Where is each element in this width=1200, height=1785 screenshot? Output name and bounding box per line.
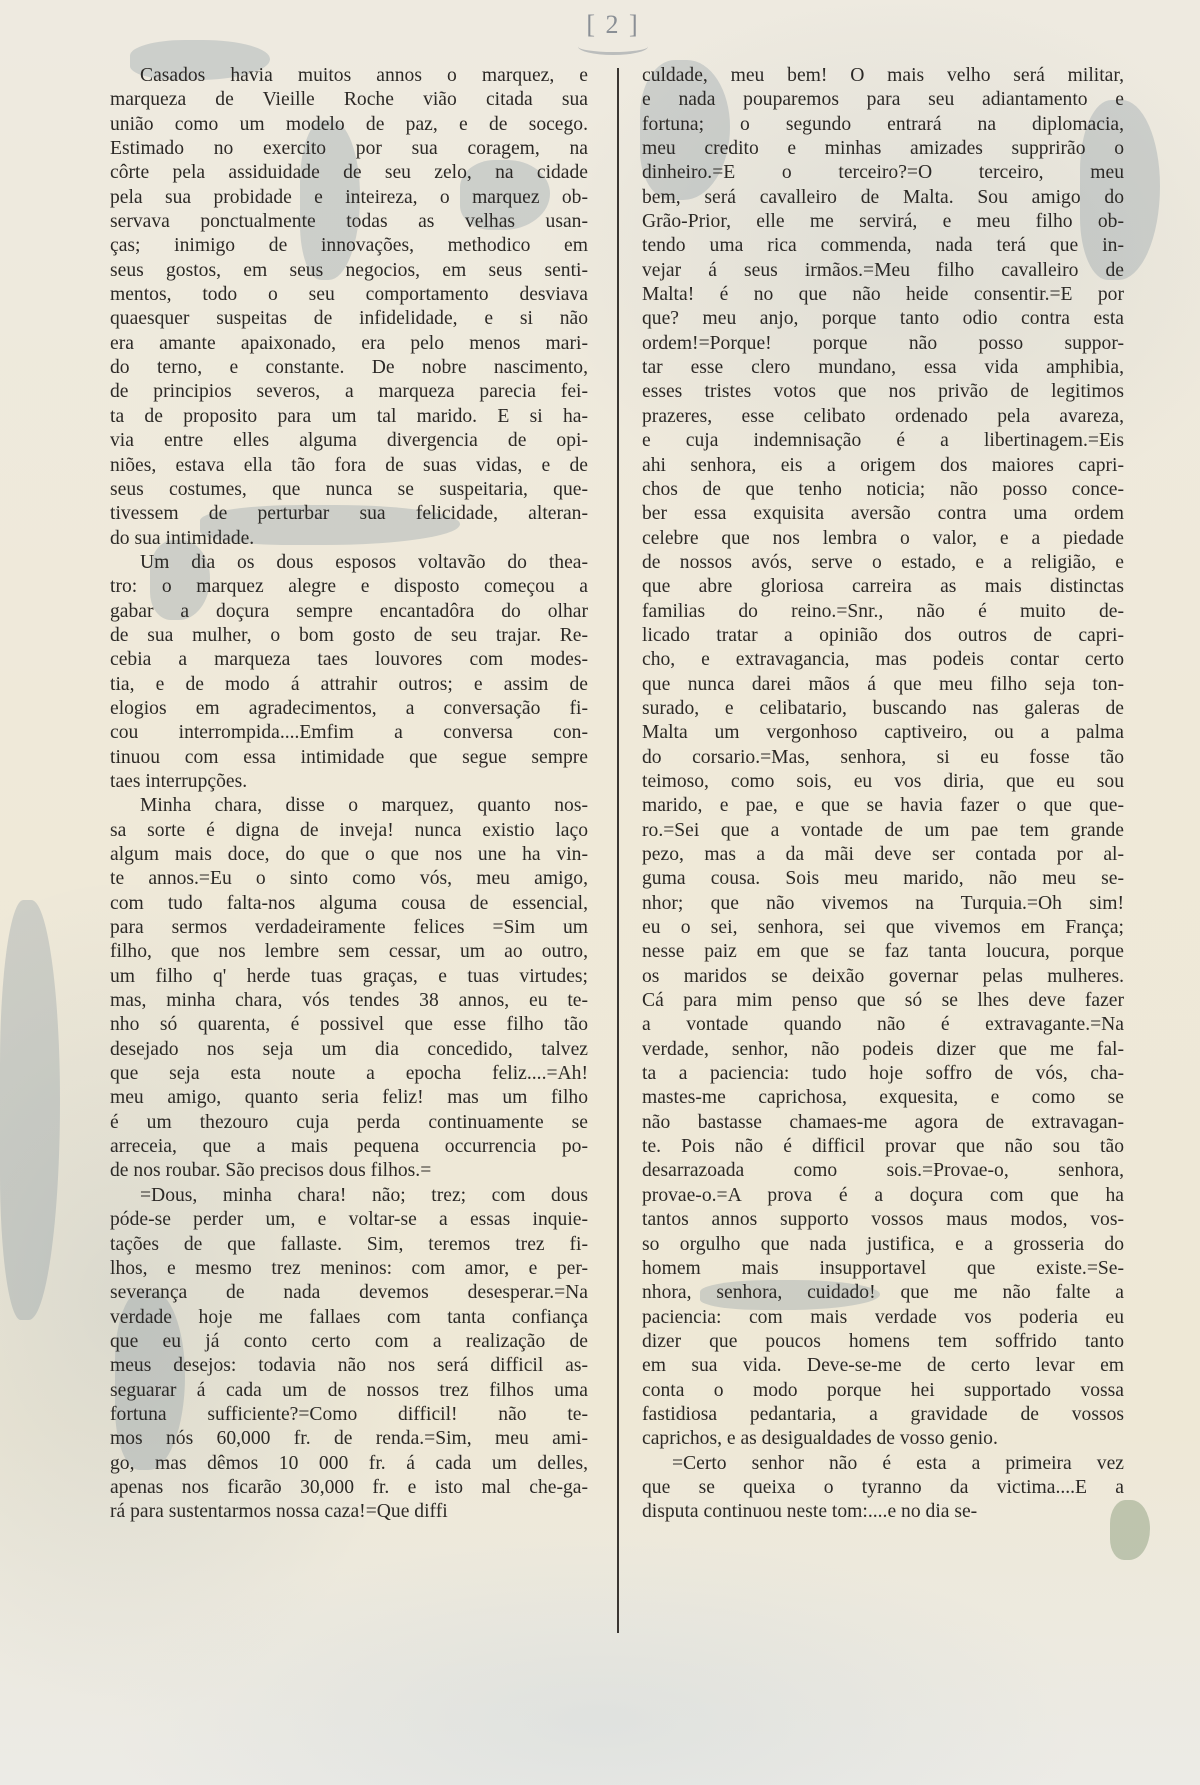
text-line: côrte pela assiduidade de seu zelo, na c… <box>110 161 588 185</box>
text-line: ta de proposito para um tal marido. E si… <box>110 405 588 429</box>
text-line: não bastasse chamaes-me agora de extrava… <box>642 1111 1124 1135</box>
text-line: que? meu anjo, porque tanto odio contra … <box>642 307 1124 331</box>
text-line: so orgulho que nada justifica, e a gross… <box>642 1233 1124 1257</box>
text-line: gabar a doçura sempre encantadôra do olh… <box>110 600 588 624</box>
text-line: surado, e celibatario, buscando nas gale… <box>642 697 1124 721</box>
text-line: tações de que fallaste. Sim, teremos tre… <box>110 1233 588 1257</box>
text-line: tivessem de perturbar sua felicidade, al… <box>110 502 588 526</box>
text-line: ro.=Sei que a vontade de um pae tem gran… <box>642 819 1124 843</box>
text-line: é um thezouro cuja perda continuamente s… <box>110 1111 588 1135</box>
text-line: mos nós 60,000 fr. de renda.=Sim, meu am… <box>110 1427 588 1451</box>
text-line: mastes-me caprichosa, exquesita, e como … <box>642 1086 1124 1110</box>
text-line: servava ponctualmente todas as velhas us… <box>110 210 588 234</box>
text-line: algum mais doce, do que o que nos une ha… <box>110 843 588 867</box>
text-line: que nunca darei mãos á que meu filho sej… <box>642 673 1124 697</box>
text-line: severança de nada devemos desesperar.=Na <box>110 1281 588 1305</box>
text-line: celebre que nos lembra o valor, e a pied… <box>642 527 1124 551</box>
text-line: que eu já conto certo com a realização d… <box>110 1330 588 1354</box>
text-line: fortuna sufficiente?=Como difficil! não … <box>110 1403 588 1427</box>
text-line: verdade, senhor, não podeis dizer que me… <box>642 1038 1124 1062</box>
text-line: disputa continuou neste tom:....e no dia… <box>642 1500 1124 1524</box>
text-line: lhos, e mesmo trez meninos: com amor, e … <box>110 1257 588 1281</box>
column-divider <box>617 68 619 1633</box>
text-line: meus desejos: todavia não nos será diffi… <box>110 1354 588 1378</box>
text-line: nho só quarenta, é possivel que esse fil… <box>110 1013 588 1037</box>
text-line: licado tratar a opinião dos outros de ca… <box>642 624 1124 648</box>
text-line: ças; inimigo de innovações, methodico em <box>110 234 588 258</box>
text-line: eu o sei, senhora, sei que vivemos em Fr… <box>642 916 1124 940</box>
text-line: tantos annos supporto vossos maus modos,… <box>642 1208 1124 1232</box>
text-line: via entre elles alguma divergencia de op… <box>110 429 588 453</box>
text-line: fortuna; o segundo entrará na diplomacia… <box>642 113 1124 137</box>
text-line: nesse paiz em que se faz tanta loucura, … <box>642 940 1124 964</box>
newspaper-page: [ 2 ] Casados havia muitos annos o marqu… <box>0 0 1200 1785</box>
text-line: Um dia os dous esposos voltavão do thea- <box>110 551 588 575</box>
text-line: póde-se perder um, e voltar-se a essas i… <box>110 1208 588 1232</box>
text-line: e cuja indemnisação é a libertinagem.=Ei… <box>642 429 1124 453</box>
text-line: rá para sustentarmos nossa caza!=Que dif… <box>110 1500 588 1524</box>
text-line: apenas nos ficarão 30,000 fr. e isto mal… <box>110 1476 588 1500</box>
text-line: um filho q' herde tuas graças, e tuas vi… <box>110 965 588 989</box>
text-line: ber essa exquisita aversão contra uma or… <box>642 502 1124 526</box>
text-line: mas, minha chara, vós tendes 38 annos, e… <box>110 989 588 1013</box>
text-line: Grão-Prior, elle me servirá, e meu filho… <box>642 210 1124 234</box>
text-line: dinheiro.=E o terceiro?=O terceiro, meu <box>642 161 1124 185</box>
text-line: sa sorte é digna de inveja! nunca existi… <box>110 819 588 843</box>
text-line: filho, que nos lembre sem cessar, um ao … <box>110 940 588 964</box>
right-column: culdade, meu bem! O mais velho será mili… <box>642 64 1124 1525</box>
text-line: meu amigo, quanto seria feliz! mas um fi… <box>110 1086 588 1110</box>
text-line: vejar á seus irmãos.=Meu filho cavalleir… <box>642 259 1124 283</box>
text-line: chos de que tenho noticia; não posso con… <box>642 478 1124 502</box>
text-line: paciencia: com mais verdade vos poderia … <box>642 1306 1124 1330</box>
text-line: pela sua probidade e inteireza, o marque… <box>110 186 588 210</box>
text-line: era amante apaixonado, era pelo menos ma… <box>110 332 588 356</box>
text-line: do corsario.=Mas, senhora, si eu fosse t… <box>642 746 1124 770</box>
text-line: de sua mulher, o bom gosto de seu trajar… <box>110 624 588 648</box>
text-line: =Dous, minha chara! não; trez; com dous <box>110 1184 588 1208</box>
text-line: ta a paciencia: tudo hoje soffro de vós,… <box>642 1062 1124 1086</box>
text-line: desejado nos seja um dia concedido, talv… <box>110 1038 588 1062</box>
water-stain <box>0 900 60 1320</box>
text-line: cou interrompida....Emfim a conversa con… <box>110 721 588 745</box>
text-line: do terno, e constante. De nobre nascimen… <box>110 356 588 380</box>
left-column: Casados havia muitos annos o marquez, em… <box>110 64 588 1525</box>
text-line: de nossos avós, serve o estado, e a reli… <box>642 551 1124 575</box>
page-number: [ 2 ] <box>578 10 648 40</box>
text-line: de nos roubar. São precisos dous filhos.… <box>110 1159 588 1183</box>
text-line: te. Pois não é difficil provar que não s… <box>642 1135 1124 1159</box>
text-line: cho, e extravagancia, mas podeis contar … <box>642 648 1124 672</box>
text-line: prazeres, esse celibato ordenado pela av… <box>642 405 1124 429</box>
text-line: bem, será cavalleiro de Malta. Sou amigo… <box>642 186 1124 210</box>
text-line: te annos.=Eu o sinto como vós, meu amigo… <box>110 867 588 891</box>
text-line: ahi senhora, eis a origem dos maiores ca… <box>642 454 1124 478</box>
text-line: com tudo falta-nos alguma cousa de essen… <box>110 892 588 916</box>
text-line: seus gostos, em seus negocios, em seus s… <box>110 259 588 283</box>
text-line: verdade hoje me fallaes com tanta confia… <box>110 1306 588 1330</box>
text-line: Minha chara, disse o marquez, quanto nos… <box>110 794 588 818</box>
text-line: tar esse clero mundano, essa vida amphib… <box>642 356 1124 380</box>
text-line: teimoso, como sois, eu vos diria, que eu… <box>642 770 1124 794</box>
text-line: dizer que poucos homens tem soffrido tan… <box>642 1330 1124 1354</box>
text-line: que se queixa o tyranno da victima....E … <box>642 1476 1124 1500</box>
text-line: quaesquer suspeitas de infidelidade, e s… <box>110 307 588 331</box>
text-line: conta o modo porque hei supportado vossa <box>642 1379 1124 1403</box>
text-line: os maridos se deixão governar pelas mulh… <box>642 965 1124 989</box>
text-line: marqueza de Vieille Roche vião citada su… <box>110 88 588 112</box>
text-line: a vontade quando não é extravagante.=Na <box>642 1013 1124 1037</box>
ornament-flourish <box>578 38 648 55</box>
text-line: guma cousa. Sois meu marido, não meu se- <box>642 867 1124 891</box>
text-line: =Certo senhor não é esta a primeira vez <box>642 1452 1124 1476</box>
text-line: cebia a marqueza taes louvores com modes… <box>110 648 588 672</box>
text-line: go, mas dêmos 10 000 fr. á cada um delle… <box>110 1452 588 1476</box>
text-line: em sua vida. Deve-se-me de certo levar e… <box>642 1354 1124 1378</box>
text-line: arreceia, que a mais pequena occurrencia… <box>110 1135 588 1159</box>
text-line: tinuou com essa intimidade que segue sem… <box>110 746 588 770</box>
text-line: de principios severos, a marqueza pareci… <box>110 380 588 404</box>
text-line: pezo, mas a da mãi deve ser contada por … <box>642 843 1124 867</box>
text-line: para sermos verdadeiramente felices =Sim… <box>110 916 588 940</box>
text-line: nhora, senhora, cuidado! que me não falt… <box>642 1281 1124 1305</box>
text-line: meu credito e minhas amizades supprirão … <box>642 137 1124 161</box>
text-line: provae-o.=A prova é a doçura com que ha <box>642 1184 1124 1208</box>
text-line: culdade, meu bem! O mais velho será mili… <box>642 64 1124 88</box>
text-line: taes interrupções. <box>110 770 588 794</box>
text-line: fastidiosa pedantaria, a gravidade de vo… <box>642 1403 1124 1427</box>
text-line: tendo uma rica commenda, nada terá que i… <box>642 234 1124 258</box>
text-line: desarrazoada como sois.=Provae-o, senhor… <box>642 1159 1124 1183</box>
text-line: mentos, todo o seu comportamento desviav… <box>110 283 588 307</box>
text-line: união como um modelo de paz, e de socego… <box>110 113 588 137</box>
text-line: niões, estava ella tão fora de suas vida… <box>110 454 588 478</box>
text-line: Casados havia muitos annos o marquez, e <box>110 64 588 88</box>
text-line: que abre gloriosa carreira as mais disti… <box>642 575 1124 599</box>
text-line: marido, e pae, e que se havia fazer o qu… <box>642 794 1124 818</box>
text-line: do sua intimidade. <box>110 527 588 551</box>
text-line: esses tristes votos que nos privão de le… <box>642 380 1124 404</box>
text-line: Malta um vergonhoso captiveiro, ou a pal… <box>642 721 1124 745</box>
text-line: Estimado no exercito por sua coragem, na <box>110 137 588 161</box>
text-line: Cá para mim penso que só se lhes deve fa… <box>642 989 1124 1013</box>
text-line: nhor; que não vivemos na Turquia.=Oh sim… <box>642 892 1124 916</box>
text-line: tia, e de modo á attrahir outros; e assi… <box>110 673 588 697</box>
text-line: elogios em agradecimentos, a conversação… <box>110 697 588 721</box>
text-line: e nada pouparemos para seu adiantamento … <box>642 88 1124 112</box>
text-line: caprichos, e as desigualdades de vosso g… <box>642 1427 1124 1451</box>
text-line: que seja esta noute a epocha feliz....=A… <box>110 1062 588 1086</box>
text-line: familias do reino.=Snr., não é muito de- <box>642 600 1124 624</box>
text-line: seguarar á cada um de nossos trez filhos… <box>110 1379 588 1403</box>
text-line: tro: o marquez alegre e disposto começou… <box>110 575 588 599</box>
text-line: homem mais insupportavel que existe.=Se- <box>642 1257 1124 1281</box>
text-line: ordem!=Porque! porque não posso suppor- <box>642 332 1124 356</box>
text-line: Malta! é no que não heide consentir.=E p… <box>642 283 1124 307</box>
text-line: seus costumes, que nunca se suspeitaria,… <box>110 478 588 502</box>
